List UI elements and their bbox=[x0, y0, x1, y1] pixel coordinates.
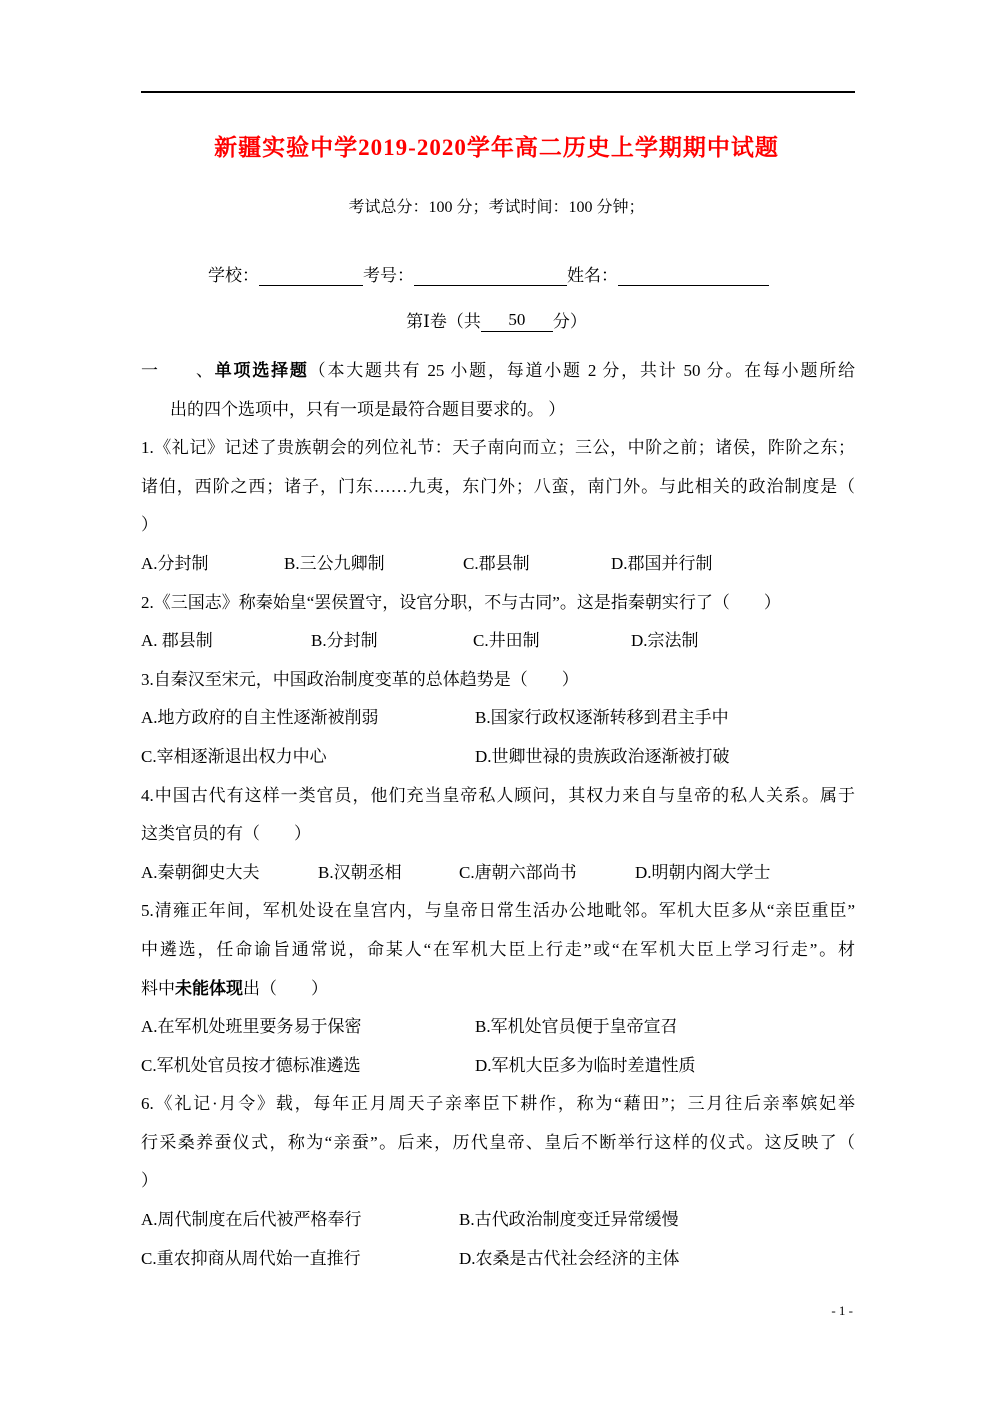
question-4-option-c: C.唐朝六部尚书 bbox=[459, 854, 635, 893]
document-subtitle: 考试总分：100 分；考试时间：100 分钟； bbox=[0, 194, 993, 217]
question-6-option-d: D.农桑是古代社会经济的主体 bbox=[459, 1240, 680, 1279]
question-5-option-d: D.军机大臣多为临时差遣性质 bbox=[475, 1047, 696, 1086]
question-1-text-line-1: 1.《礼记》记述了贵族朝会的列位礼节：天子南向而立；三公，中阶之前；诸侯，阼阶之… bbox=[141, 429, 855, 468]
question-6-text-line-3: ） bbox=[141, 1162, 855, 1201]
header-rule bbox=[141, 91, 855, 93]
section-heading: 一、单项选择题（本大题共有 25 小题，每道小题 2 分，共计 50 分。在每小… bbox=[141, 352, 855, 391]
exam-document-page: 新疆实验中学2019-2020学年高二历史上学期期中试题 考试总分：100 分；… bbox=[0, 0, 993, 1404]
question-5-text-line-1: 5.清雍正年间，军机处设在皇宫内，与皇帝日常生活办公地毗邻。军机大臣多从“亲臣重… bbox=[141, 892, 855, 931]
question-2-option-c: C.井田制 bbox=[473, 622, 631, 661]
question-6-options-row-1: A.周代制度在后代被严格奉行B.古代政治制度变迁异常缓慢 bbox=[141, 1201, 855, 1240]
question-4-option-a: A.秦朝御史大夫 bbox=[141, 854, 318, 893]
question-4-option-b: B.汉朝丞相 bbox=[318, 854, 459, 893]
question-3-text-line-1: 3.自秦汉至宋元，中国政治制度变革的总体趋势是（ ） bbox=[141, 661, 855, 700]
question-1-option-d: D.郡国并行制 bbox=[611, 545, 713, 584]
question-6-text-line-1: 6.《礼记·月令》载，每年正月周天子亲率臣下耕作，称为“藉田”；三月往后亲率嫔妃… bbox=[141, 1085, 855, 1124]
question-4-option-d: D.明朝内阁大学士 bbox=[635, 854, 771, 893]
question-4-options-row: A.秦朝御史大夫B.汉朝丞相C.唐朝六部尚书D.明朝内阁大学士 bbox=[141, 854, 855, 893]
question-3-option-d: D.世卿世禄的贵族政治逐渐被打破 bbox=[475, 738, 730, 777]
question-1-options-row: A.分封制B.三公九卿制C.郡县制D.郡国并行制 bbox=[141, 545, 855, 584]
section-desc-line1: （本大题共有 25 小题，每道小题 2 分，共计 50 分。在每小题所给 bbox=[309, 361, 855, 380]
question-5-option-a: A.在军机处班里要务易于保密 bbox=[141, 1008, 475, 1047]
question-1-text-line-3: ） bbox=[141, 506, 855, 545]
question-1-option-b: B.三公九卿制 bbox=[284, 545, 463, 584]
question-3-option-b: B.国家行政权逐渐转移到君主手中 bbox=[475, 699, 729, 738]
document-title: 新疆实验中学2019-2020学年高二历史上学期期中试题 bbox=[0, 129, 993, 162]
question-3-options-row-2: C.宰相逐渐退出权力中心D.世卿世禄的贵族政治逐渐被打破 bbox=[141, 738, 855, 777]
question-6-option-a: A.周代制度在后代被严格奉行 bbox=[141, 1201, 459, 1240]
question-3-options-row-1: A.地方政府的自主性逐渐被削弱B.国家行政权逐渐转移到君主手中 bbox=[141, 699, 855, 738]
volume-heading: 第Ⅰ卷（共50分） bbox=[0, 307, 993, 332]
question-1-option-a: A.分封制 bbox=[141, 545, 284, 584]
question-1-option-c: C.郡县制 bbox=[463, 545, 611, 584]
question-5-text-line-2: 中遴选，任命谕旨通常说，命某人“在军机大臣上行走”或“在军机大臣上学习行走”。材 bbox=[141, 931, 855, 970]
question-3-option-c: C.宰相逐渐退出权力中心 bbox=[141, 738, 475, 777]
section-index: 一、 bbox=[141, 352, 213, 391]
question-5-options-row-2: C.军机处官员按才德标准遴选D.军机大臣多为临时差遣性质 bbox=[141, 1047, 855, 1086]
question-1-text-line-2: 诸伯，西阶之西；诸子，门东……九夷，东门外；八蛮，南门外。与此相关的政治制度是（ bbox=[141, 468, 855, 507]
question-6-option-b: B.古代政治制度变迁异常缓慢 bbox=[459, 1201, 679, 1240]
page-number: - 1 - bbox=[831, 1303, 853, 1319]
question-2-text-line-1: 2.《三国志》称秦始皇“罢侯置守，设官分职，不与古同”。这是指秦朝实行了（ ） bbox=[141, 584, 855, 623]
question-2-option-d: D.宗法制 bbox=[631, 622, 699, 661]
question-2-option-a: A. 郡县制 bbox=[141, 622, 311, 661]
name-blank-field[interactable] bbox=[618, 266, 769, 286]
exam-no-label: 考号： bbox=[363, 266, 414, 285]
exam-body: 一、单项选择题（本大题共有 25 小题，每道小题 2 分，共计 50 分。在每小… bbox=[141, 352, 855, 1278]
exam-no-blank-field[interactable] bbox=[414, 266, 567, 286]
question-5-option-c: C.军机处官员按才德标准遴选 bbox=[141, 1047, 475, 1086]
question-5-tail-pre: 料中 bbox=[141, 979, 175, 998]
volume-pre: 第Ⅰ卷（共 bbox=[406, 312, 481, 331]
student-info-row: 学校：考号：姓名： bbox=[208, 261, 769, 286]
name-label: 姓名： bbox=[567, 266, 618, 285]
question-6-option-c: C.重农抑商从周代始一直推行 bbox=[141, 1240, 459, 1279]
question-2-option-b: B.分封制 bbox=[311, 622, 473, 661]
question-4-text-line-2: 这类官员的有（ ） bbox=[141, 815, 855, 854]
question-5-tail-post: 出（ ） bbox=[243, 979, 328, 998]
question-5-option-b: B.军机处官员便于皇帝宣召 bbox=[475, 1008, 678, 1047]
question-5-options-row-1: A.在军机处班里要务易于保密B.军机处官员便于皇帝宣召 bbox=[141, 1008, 855, 1047]
question-5-text-line-3: 料中未能体现出（ ） bbox=[141, 970, 855, 1009]
volume-post: 分） bbox=[553, 312, 587, 331]
question-6-options-row-2: C.重农抑商从周代始一直推行D.农桑是古代社会经济的主体 bbox=[141, 1240, 855, 1279]
school-blank-field[interactable] bbox=[259, 266, 363, 286]
volume-score-blank: 50 bbox=[481, 310, 553, 332]
school-label: 学校： bbox=[208, 266, 259, 285]
question-4-text-line-1: 4.中国古代有这样一类官员，他们充当皇帝私人顾问，其权力来自与皇帝的私人关系。属… bbox=[141, 777, 855, 816]
question-5-tail-bold: 未能体现 bbox=[175, 979, 243, 998]
section-desc-line2: 出的四个选项中，只有一项是最符合题目要求的。 ） bbox=[141, 391, 855, 430]
question-3-option-a: A.地方政府的自主性逐渐被削弱 bbox=[141, 699, 475, 738]
section-title: 单项选择题 bbox=[213, 361, 309, 380]
question-6-text-line-2: 行采桑养蚕仪式，称为“亲蚕”。后来，历代皇帝、皇后不断举行这样的仪式。这反映了（ bbox=[141, 1124, 855, 1163]
question-2-options-row: A. 郡县制B.分封制C.井田制D.宗法制 bbox=[141, 622, 855, 661]
